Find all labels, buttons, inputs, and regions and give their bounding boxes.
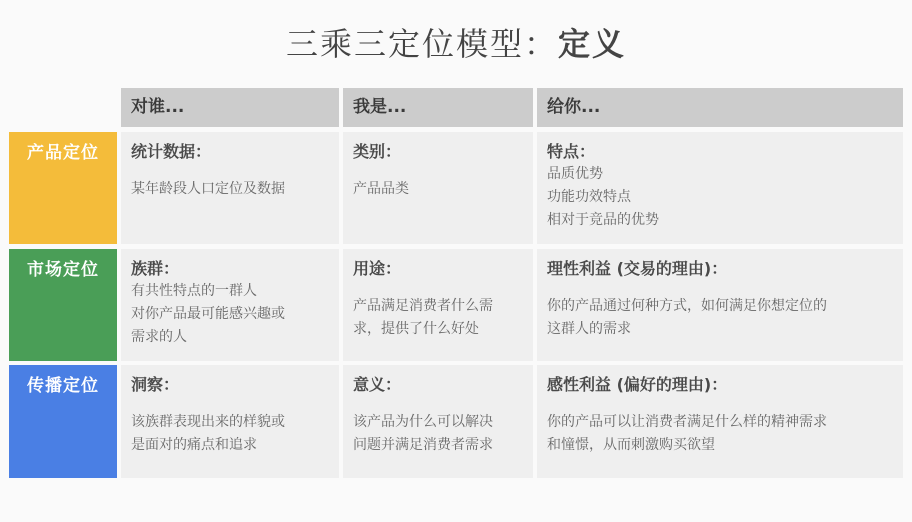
cell-text: 是面对的痛点和追求	[131, 434, 329, 457]
cell-text: 和憧憬，从而刺激购买欲望	[547, 434, 893, 457]
cell-communication-give: 感性利益 (偏好的理由)： 你的产品可以让消费者满足什么样的精神需求 和憧憬，从…	[537, 365, 903, 478]
cell-text: 你的产品通过何种方式，如何满足你想定位的	[547, 295, 893, 318]
cell-text: 你的产品可以让消费者满足什么样的精神需求	[547, 411, 893, 434]
row-label-market-positioning: 市场定位	[9, 249, 117, 361]
cell-text: 产品品类	[353, 178, 523, 201]
cell-text: 品质优势	[547, 163, 893, 186]
cell-product-who: 统计数据： 某年龄段人口定位及数据	[121, 132, 339, 244]
cell-text: 产品满足消费者什么需	[353, 295, 523, 318]
cell-text: 某年龄段人口定位及数据	[131, 178, 329, 201]
cell-market-who: 族群： 有共性特点的一群人 对你产品最可能感兴趣或 需求的人	[121, 249, 339, 361]
column-header-label: 给你...	[547, 97, 600, 117]
column-header-what: 我是...	[343, 88, 533, 127]
cell-heading: 理性利益 (交易的理由)：	[547, 258, 893, 280]
title-emphasis: 定义	[558, 25, 626, 63]
row-label-communication-positioning: 传播定位	[9, 365, 117, 478]
cell-heading: 族群：	[131, 258, 329, 280]
cell-heading: 意义：	[353, 374, 523, 396]
cell-heading: 感性利益 (偏好的理由)：	[547, 374, 893, 396]
cell-communication-what: 意义： 该产品为什么可以解决 问题并满足消费者需求	[343, 365, 533, 478]
column-header-label: 对谁...	[131, 97, 184, 117]
cell-heading: 洞察：	[131, 374, 329, 396]
cell-text: 求，提供了什么好处	[353, 318, 523, 341]
row-label-text: 传播定位	[27, 376, 99, 396]
cell-text: 相对于竞品的优势	[547, 209, 893, 232]
page-title: 三乘三定位模型：定义	[0, 22, 912, 66]
cell-text: 功能功效特点	[547, 186, 893, 209]
cell-text: 该族群表现出来的样貌或	[131, 411, 329, 434]
cell-text: 有共性特点的一群人	[131, 280, 329, 303]
cell-heading: 特点：	[547, 141, 893, 163]
row-label-text: 市场定位	[27, 260, 99, 280]
column-header-who: 对谁...	[121, 88, 339, 127]
cell-heading: 用途：	[353, 258, 523, 280]
cell-text: 这群人的需求	[547, 318, 893, 341]
cell-product-what: 类别： 产品品类	[343, 132, 533, 244]
cell-market-give: 理性利益 (交易的理由)： 你的产品通过何种方式，如何满足你想定位的 这群人的需…	[537, 249, 903, 361]
row-label-product-positioning: 产品定位	[9, 132, 117, 244]
cell-heading: 统计数据：	[131, 141, 329, 163]
row-label-text: 产品定位	[27, 143, 99, 163]
cell-heading: 类别：	[353, 141, 523, 163]
cell-product-give: 特点： 品质优势 功能功效特点 相对于竞品的优势	[537, 132, 903, 244]
column-header-label: 我是...	[353, 97, 406, 117]
cell-text: 需求的人	[131, 326, 329, 349]
cell-communication-who: 洞察： 该族群表现出来的样貌或 是面对的痛点和追求	[121, 365, 339, 478]
cell-text: 对你产品最可能感兴趣或	[131, 303, 329, 326]
column-header-give: 给你...	[537, 88, 903, 127]
cell-market-what: 用途： 产品满足消费者什么需 求，提供了什么好处	[343, 249, 533, 361]
cell-text: 该产品为什么可以解决	[353, 411, 523, 434]
title-main: 三乘三定位模型：	[286, 25, 558, 63]
cell-text: 问题并满足消费者需求	[353, 434, 523, 457]
